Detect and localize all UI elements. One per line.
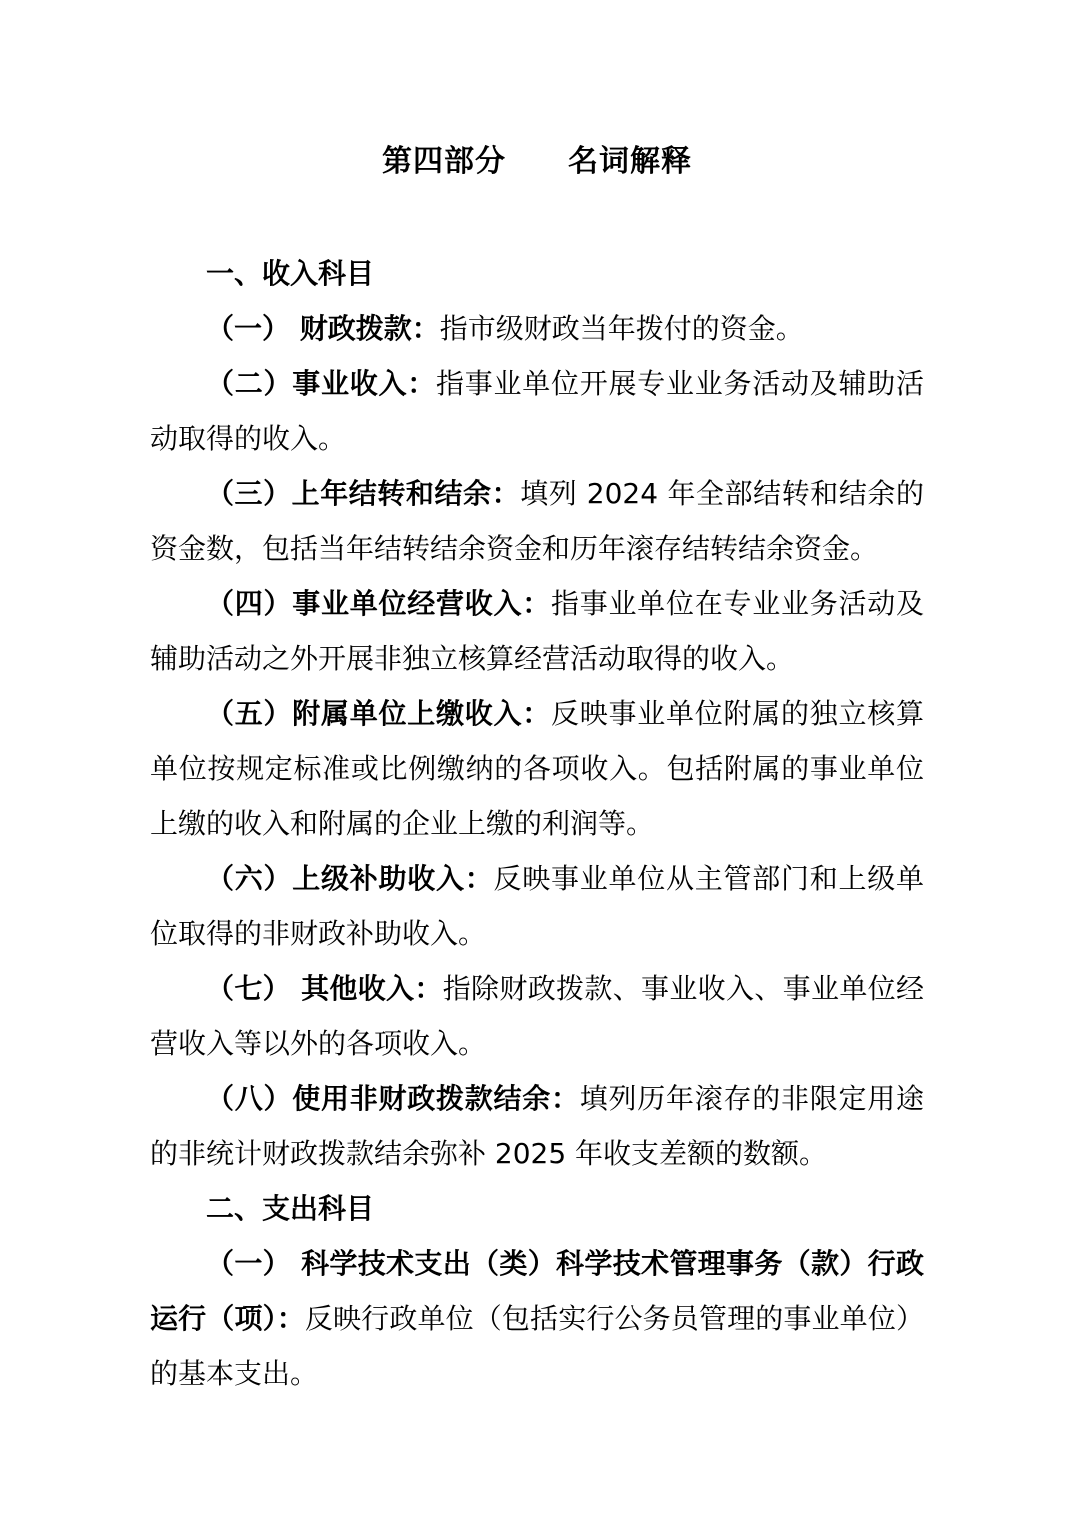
term-qita-shouru: （七） 其他收入： <box>206 972 443 1005</box>
term-shangnian-jiezhuan: （三）上年结转和结余： <box>206 477 520 510</box>
term-jingying-shouru: （四）事业单位经营收入： <box>206 587 551 620</box>
definition-paragraph: （一） 科学技术支出（类）科学技术管理事务（款）行政运行（项）：反映行政单位（包… <box>150 1236 924 1401</box>
section-heading-expenditure: 二、支出科目 <box>150 1181 924 1236</box>
definition-paragraph: （六）上级补助收入：反映事业单位从主管部门和上级单位取得的非财政补助收入。 <box>150 851 924 961</box>
definition-paragraph: （四）事业单位经营收入：指事业单位在专业业务活动及辅助活动之外开展非独立核算经营… <box>150 576 924 686</box>
definition-paragraph: （一） 财政拨款：指市级财政当年拨付的资金。 <box>150 301 924 356</box>
term-fushu-danwei: （五）附属单位上缴收入： <box>206 697 551 730</box>
term-shangji-buzhu: （六）上级补助收入： <box>206 862 494 895</box>
definition-paragraph: （五）附属单位上缴收入：反映事业单位附属的独立核算单位按规定标准或比例缴纳的各项… <box>150 686 924 851</box>
definition-text: 指市级财政当年拨付的资金。 <box>440 312 804 345</box>
term-shiye-shouru: （二）事业收入： <box>206 367 436 400</box>
section-heading-income: 一、收入科目 <box>150 246 924 301</box>
term-caizheng-bokuan: （一） 财政拨款： <box>206 312 440 345</box>
document-page: 第四部分 名词解释 一、收入科目 （一） 财政拨款：指市级财政当年拨付的资金。 … <box>0 0 1074 1518</box>
definition-paragraph: （七） 其他收入：指除财政拨款、事业收入、事业单位经营收入等以外的各项收入。 <box>150 961 924 1071</box>
definition-paragraph: （三）上年结转和结余：填列 2024 年全部结转和结余的资金数，包括当年结转结余… <box>150 466 924 576</box>
term-feicaizheng-jieyu: （八）使用非财政拨款结余： <box>206 1082 580 1115</box>
definition-paragraph: （二）事业收入：指事业单位开展专业业务活动及辅助活动取得的收入。 <box>150 356 924 466</box>
page-title: 第四部分 名词解释 <box>150 140 924 184</box>
definition-paragraph: （八）使用非财政拨款结余：填列历年滚存的非限定用途的非统计财政拨款结余弥补 20… <box>150 1071 924 1181</box>
